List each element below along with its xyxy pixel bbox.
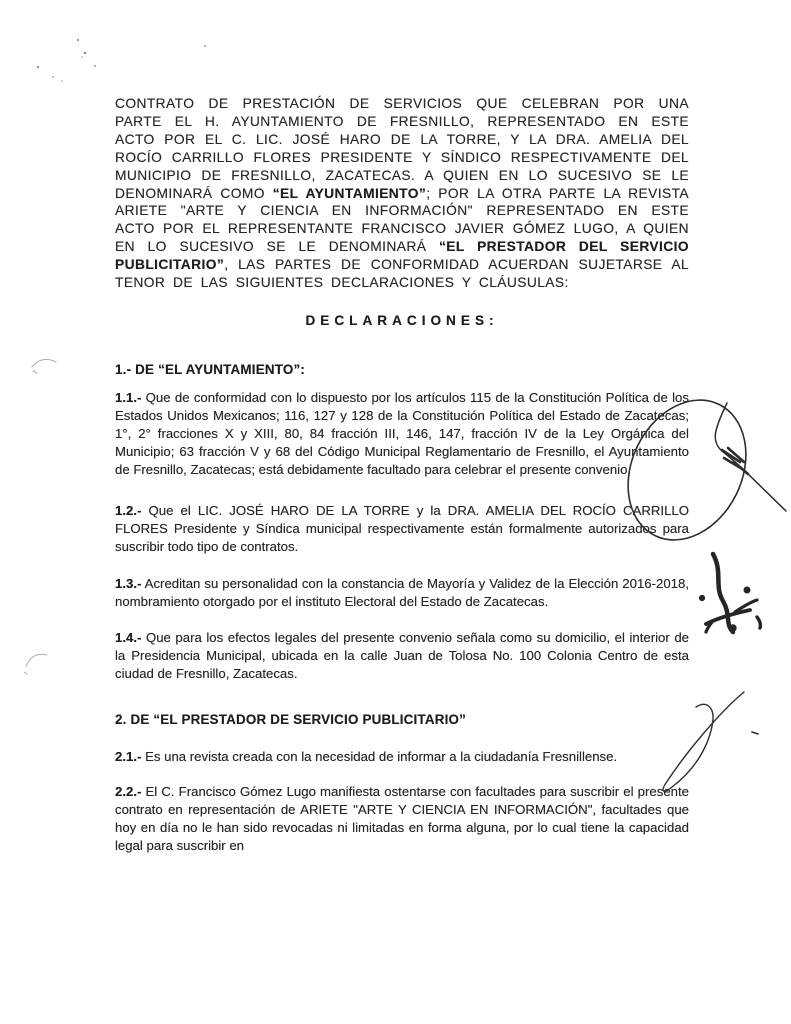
contract-text-block: CONTRATO DE PRESTACIÓN DE SERVICIOS QUE … bbox=[115, 95, 689, 855]
faint-margin-arc-top-icon bbox=[32, 359, 56, 373]
declarations-heading: DECLARACIONES: bbox=[115, 313, 689, 328]
clause-2-2-number: 2.2.- bbox=[115, 784, 141, 799]
clause-1-2: 1.2.- Que el LIC. JOSÉ HARO DE LA TORRE … bbox=[115, 502, 689, 556]
clause-1-3-text: Acreditan su personalidad con la constan… bbox=[115, 576, 689, 609]
scanned-contract-page: { "page": { "background": "#ffffff", "in… bbox=[0, 0, 791, 1024]
clause-1-4: 1.4.- Que para los efectos legales del p… bbox=[115, 629, 689, 683]
clause-1-1-number: 1.1.- bbox=[115, 390, 141, 405]
clause-2-2: 2.2.- El C. Francisco Gómez Lugo manifie… bbox=[115, 783, 689, 855]
clause-2-2-text: El C. Francisco Gómez Lugo manifiesta os… bbox=[115, 784, 689, 853]
clause-1-2-number: 1.2.- bbox=[115, 503, 141, 518]
clause-1-1-text: Que de conformidad con lo dispuesto por … bbox=[115, 390, 689, 477]
opening-paragraph: CONTRATO DE PRESTACIÓN DE SERVICIOS QUE … bbox=[115, 95, 689, 292]
clause-2-1-number: 2.1.- bbox=[115, 749, 141, 764]
clause-1-4-number: 1.4.- bbox=[115, 630, 141, 645]
pen-scribble-icon bbox=[699, 554, 760, 632]
section-2-heading: 2. DE “EL PRESTADOR DE SERVICIO PUBLICIT… bbox=[115, 712, 689, 727]
clause-1-2-text: Que el LIC. JOSÉ HARO DE LA TORRE y la D… bbox=[115, 503, 689, 554]
section-1-heading: 1.- DE “EL AYUNTAMIENTO”: bbox=[115, 362, 689, 377]
clause-1-4-text: Que para los efectos legales del present… bbox=[115, 630, 689, 681]
clause-1-3: 1.3.- Acreditan su personalidad con la c… bbox=[115, 575, 689, 611]
faint-margin-arc-bottom-icon bbox=[24, 654, 47, 674]
clause-2-1-text: Es una revista creada con la necesidad d… bbox=[145, 749, 617, 764]
clause-1-1: 1.1.- Que de conformidad con lo dispuest… bbox=[115, 389, 689, 479]
corner-scan-specks-icon bbox=[37, 39, 206, 82]
clause-2-1: 2.1.- Es una revista creada con la neces… bbox=[115, 748, 689, 766]
clause-1-3-number: 1.3.- bbox=[115, 576, 141, 591]
